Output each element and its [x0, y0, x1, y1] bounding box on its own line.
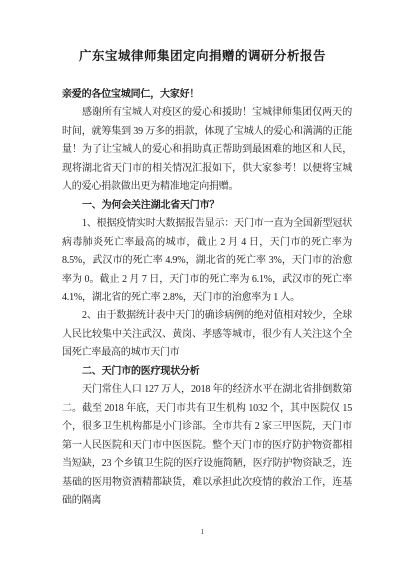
paragraph-greeting: 亲爱的各位宝城同仁，大家好！	[62, 86, 352, 104]
paragraph-intro: 感谢所有宝城人对疫区的爱心和援助！宝城律师集团仅两天的时间，就筹集到 39 万多…	[62, 104, 352, 196]
section-heading-1: 一、为何会关注湖北省天门市？	[62, 197, 352, 215]
section-heading-2: 二、天门市的医疗现状分析	[62, 363, 352, 381]
page-number: 1	[0, 527, 405, 536]
paragraph-section2-body: 天门常住人口 127 万人，2018 年的经济水平在湖北省排倒数第二。截至 20…	[62, 381, 352, 510]
document-title: 广东宝城律师集团定向捐赠的调研分析报告	[28, 48, 377, 64]
document-body: 亲爱的各位宝城同仁，大家好！ 感谢所有宝城人对疫区的爱心和援助！宝城律师集团仅两…	[62, 86, 352, 510]
document-page: 广东宝城律师集团定向捐赠的调研分析报告 亲爱的各位宝城同仁，大家好！ 感谢所有宝…	[0, 0, 405, 573]
paragraph-section1-item2: 2、由于数据统计表中天门的确诊病例的绝对值相对较少，全球人民比较集中关注武汉、黄…	[62, 307, 352, 362]
paragraph-section1-item1: 1、根据疫情实时大数据报告显示：天门市一直为全国新型冠状病毒肺炎死亡率最高的城市…	[62, 215, 352, 307]
